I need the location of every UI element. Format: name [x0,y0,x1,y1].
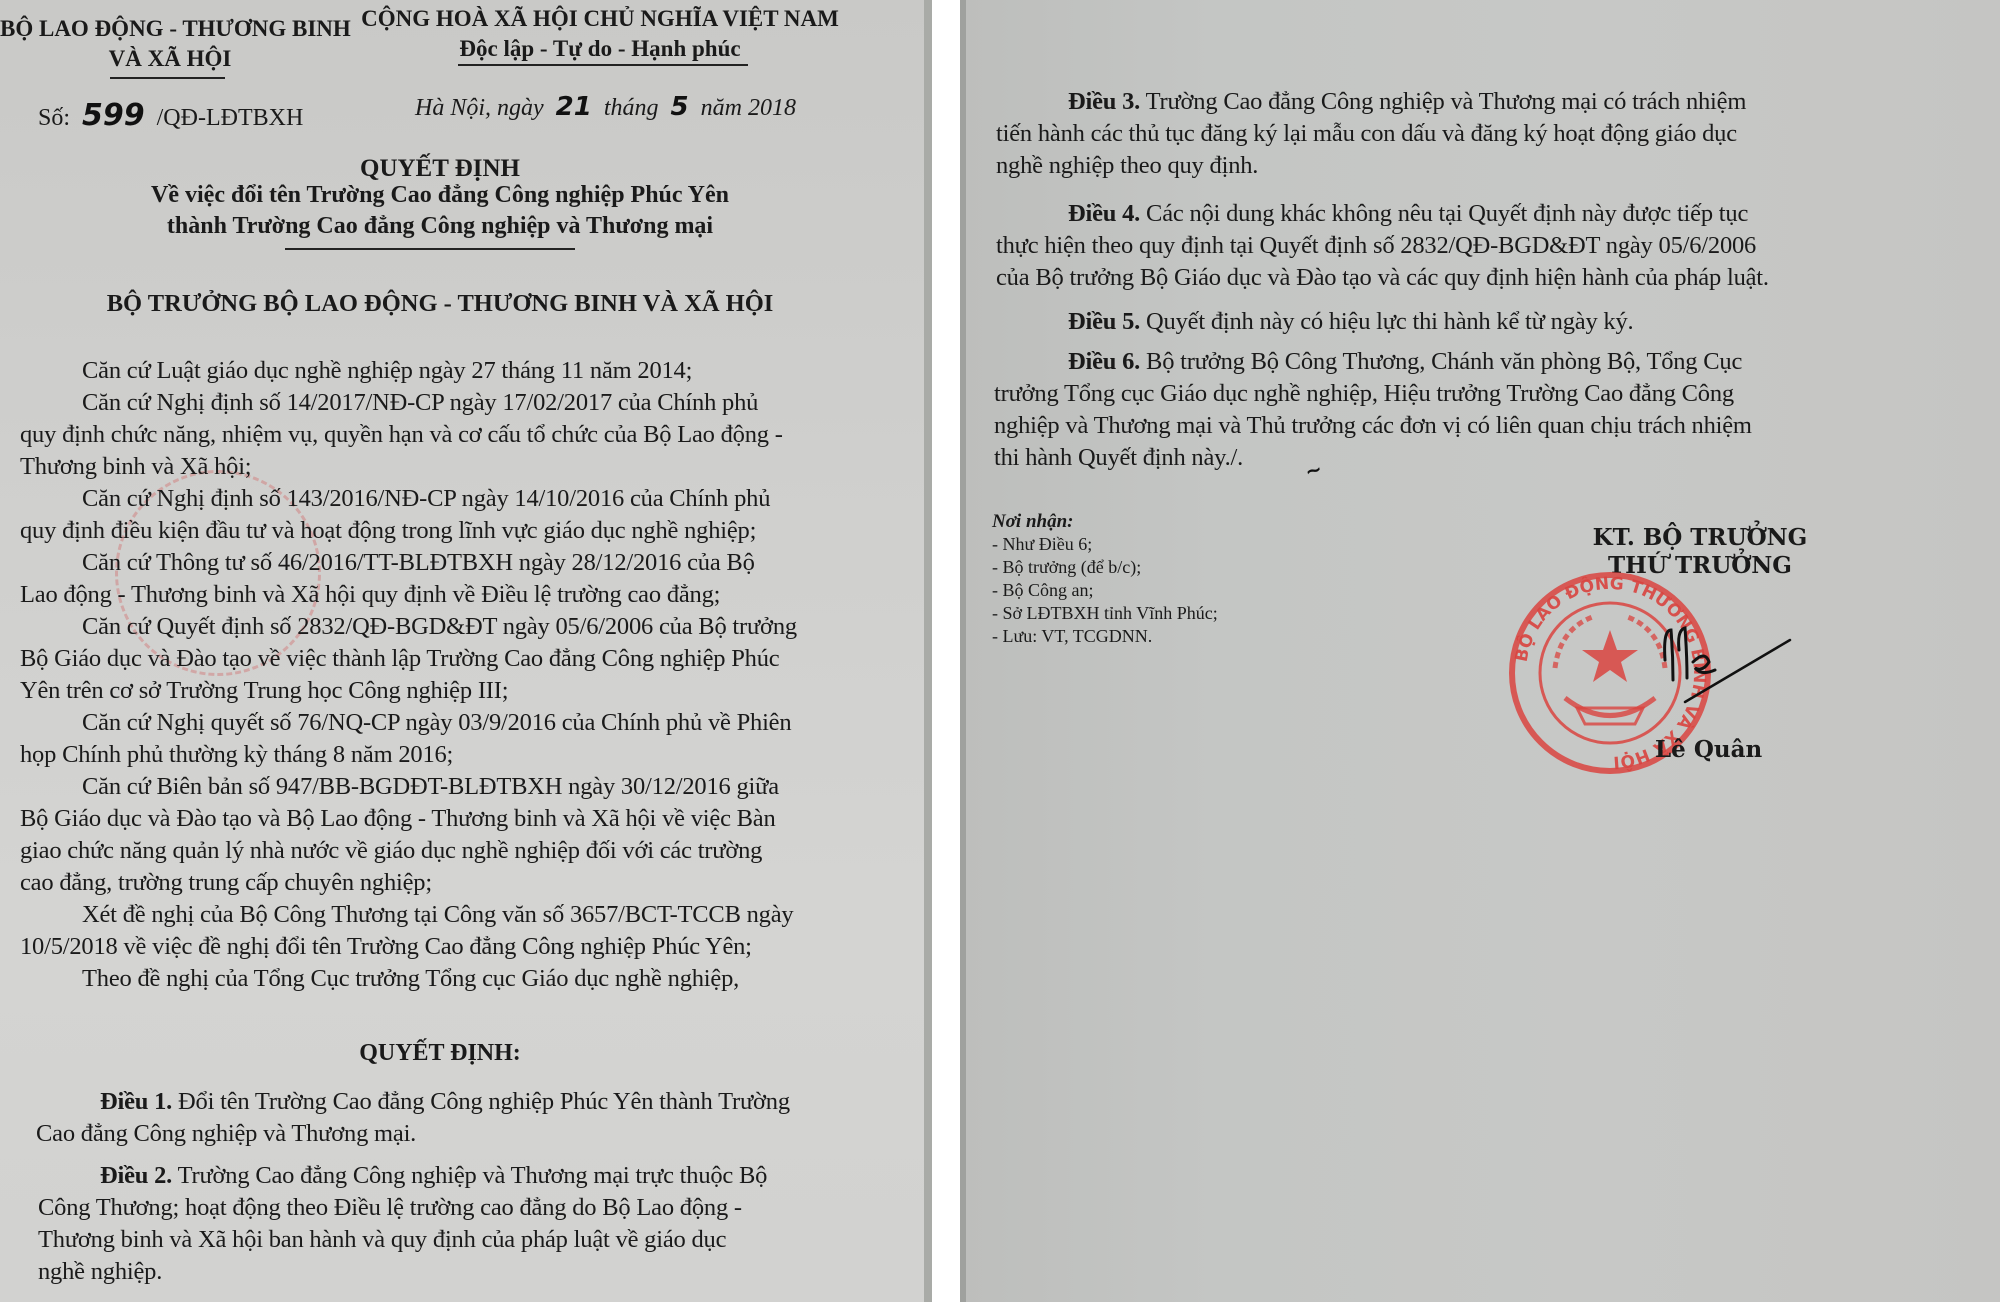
decision-title: QUYẾT ĐỊNH [200,155,680,183]
receiver-item: - Lưu: VT, TCGDNN. [992,625,1218,648]
document-page-left: BỘ LAO ĐỘNG - THƯƠNG BINH VÀ XÃ HỘI CỘNG… [0,0,932,1302]
article-5-label: Điều 5. [1068,308,1140,335]
preamble-line: Xét đề nghị của Bộ Công Thương tại Công … [20,899,840,931]
article-3-label: Điều 3. [1068,88,1140,115]
preamble-line: quy định chức năng, nhiệm vụ, quyền hạn … [20,419,840,451]
subtitle-line1: Về việc đổi tên Trường Cao đẳng Công ngh… [40,180,840,211]
document-number: Số: 599 /QĐ-LĐTBXH [38,98,303,133]
date-month: 5 [671,92,689,122]
preamble-line: Bộ Giáo dục và Đào tạo về việc thành lập… [20,643,840,675]
receiver-item: - Bộ Công an; [992,579,1218,602]
article-4-label: Điều 4. [1068,200,1140,227]
document-date: Hà Nội, ngày 21 tháng 5 năm 2018 [415,92,796,122]
decision-heading: QUYẾT ĐỊNH: [200,1040,680,1067]
subtitle-underline [285,248,575,250]
article-6-label: Điều 6. [1068,348,1140,375]
date-day: 21 [556,92,592,122]
subtitle-line2: thành Trường Cao đẳng Công nghiệp và Thư… [40,211,840,242]
article-2-label: Điều 2. [100,1162,172,1189]
article-2: Điều 2. Trường Cao đẳng Công nghiệp và T… [38,1160,858,1288]
article-1-label: Điều 1. [100,1088,172,1115]
receiver-item: - Như Điều 6; [992,533,1218,556]
preamble-line: Căn cứ Nghị định số 143/2016/NĐ-CP ngày … [20,483,840,515]
article-6: Điều 6. Bộ trưởng Bộ Công Thương, Chánh … [994,346,1974,474]
document-page-right: Điều 3. Trường Cao đẳng Công nghiệp và T… [960,0,2000,1302]
signatory-title-line1: KT. BỘ TRƯỞNG [1580,524,1820,552]
date-month-label: tháng [604,95,659,121]
agency-name-line2: VÀ XÃ HỘI [0,44,340,74]
preamble-line: Căn cứ Nghị quyết số 76/NQ-CP ngày 03/9/… [20,707,840,739]
preamble-line: Theo đề nghị của Tổng Cục trưởng Tổng cụ… [20,963,840,995]
receiver-item: - Sở LĐTBXH tỉnh Vĩnh Phúc; [992,602,1218,625]
article-3: Điều 3. Trường Cao đẳng Công nghiệp và T… [996,86,1976,182]
decision-subtitle: Về việc đổi tên Trường Cao đẳng Công ngh… [40,180,840,242]
agency-header: BỘ LAO ĐỘNG - THƯƠNG BINH VÀ XÃ HỘI [0,14,340,74]
preamble-line: cao đẳng, trường trung cấp chuyên nghiệp… [20,867,840,899]
number-handwritten: 599 [82,98,145,133]
receivers-heading: Nơi nhận: [992,510,1218,533]
receiver-item: - Bộ trưởng (để b/c); [992,556,1218,579]
agency-underline [110,77,225,79]
national-motto: Độc lập - Tự do - Hạnh phúc [360,34,840,64]
article-5: Điều 5. Quyết định này có hiệu lực thi h… [996,306,1976,338]
date-year: năm 2018 [701,95,796,121]
national-header: CỘNG HOÀ XÃ HỘI CHỦ NGHĨA VIỆT NAM Độc l… [360,4,840,64]
preamble-line: Căn cứ Biên bản số 947/BB-BGDĐT-BLĐTBXH … [20,771,840,803]
preamble-line: họp Chính phủ thường kỳ tháng 8 năm 2016… [20,739,840,771]
article-4: Điều 4. Các nội dung khác không nêu tại … [996,198,1976,294]
preamble-line: Lao động - Thương binh và Xã hội quy địn… [20,579,840,611]
article-1: Điều 1. Đổi tên Trường Cao đẳng Công ngh… [36,1086,856,1150]
number-suffix: /QĐ-LĐTBXH [157,105,304,131]
motto-underline [458,64,748,66]
issuing-authority: BỘ TRƯỞNG BỘ LAO ĐỘNG - THƯƠNG BINH VÀ X… [40,290,840,318]
preamble-line: Bộ Giáo dục và Đào tạo và Bộ Lao động - … [20,803,840,835]
preamble-line: Căn cứ Quyết định số 2832/QĐ-BGD&ĐT ngày… [20,611,840,643]
preamble: Căn cứ Luật giáo dục nghề nghiệp ngày 27… [20,355,840,995]
preamble-line: giao chức năng quản lý nhà nước về giáo … [20,835,840,867]
preamble-line: Căn cứ Luật giáo dục nghề nghiệp ngày 27… [20,355,840,387]
preamble-line: Căn cứ Thông tư số 46/2016/TT-BLĐTBXH ng… [20,547,840,579]
signature-icon [1645,610,1795,710]
signatory-name: Lê Quân [1655,736,1762,763]
national-title: CỘNG HOÀ XÃ HỘI CHỦ NGHĨA VIỆT NAM [360,4,840,34]
receivers-block: Nơi nhận: - Như Điều 6;- Bộ trưởng (để b… [992,510,1218,648]
date-place: Hà Nội, ngày [415,95,544,121]
preamble-line: Căn cứ Nghị định số 14/2017/NĐ-CP ngày 1… [20,387,840,419]
preamble-line: 10/5/2018 về việc đề nghị đổi tên Trường… [20,931,840,963]
preamble-line: quy định điều kiện đầu tư và hoạt động t… [20,515,840,547]
preamble-line: Thương binh và Xã hội; [20,451,840,483]
agency-name-line1: BỘ LAO ĐỘNG - THƯƠNG BINH [0,14,340,44]
receivers-list: - Như Điều 6;- Bộ trưởng (để b/c);- Bộ C… [992,533,1218,648]
number-prefix: Số: [38,105,70,131]
preamble-line: Yên trên cơ sở Trường Trung học Công ngh… [20,675,840,707]
